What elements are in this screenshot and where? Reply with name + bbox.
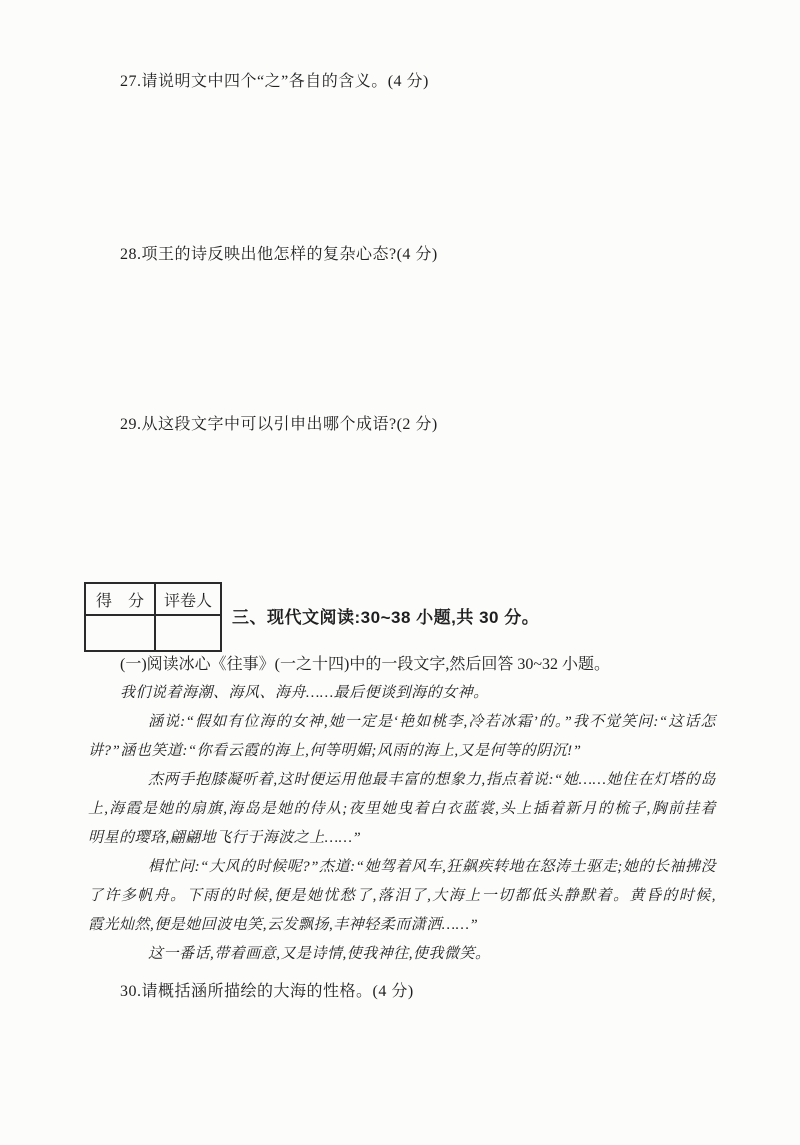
reading-intro: (一)阅读冰心《往事》(一之十四)中的一段文字,然后回答 30~32 小题。	[88, 650, 716, 679]
question-29: 29.从这段文字中可以引申出哪个成语?(2 分)	[120, 413, 438, 437]
passage-line: 杰两手抱膝凝听着,这时便运用他最丰富的想象力,指点着说:“她……她住在灯塔的岛	[88, 766, 716, 795]
passage-line: 楫忙问:“大风的时候呢?”杰道:“她驾着风车,狂飙疾转地在怒涛土驱走;她的长袖拂…	[88, 853, 716, 882]
score-value-cell	[86, 616, 156, 650]
exam-paper-page: 27.请说明文中四个“之”各自的含义。(4 分) 28.项王的诗反映出他怎样的复…	[0, 0, 800, 1145]
reading-section: (一)阅读冰心《往事》(一之十四)中的一段文字,然后回答 30~32 小题。 我…	[88, 650, 716, 1006]
passage-line: 这一番话,带着画意,又是诗情,使我神往,使我微笑。	[88, 940, 716, 969]
question-28: 28.项王的诗反映出他怎样的复杂心态?(4 分)	[120, 243, 438, 267]
grader-label-cell: 评卷人	[156, 584, 220, 616]
question-30: 30.请概括涵所描绘的大海的性格。(4 分)	[88, 977, 716, 1006]
score-label-cell: 得 分	[86, 584, 156, 616]
passage-line: 上,海霞是她的扇旗,海岛是她的侍从;夜里她曳着白衣蓝裳,头上插着新月的梳子,胸前…	[88, 795, 716, 824]
passage-line: 涵说:“假如有位海的女神,她一定是‘艳如桃李,冷若冰霜’的。”我不觉笑问:“这话…	[88, 708, 716, 737]
passage-line: 了许多帆舟。下雨的时候,便是她忧愁了,落泪了,大海上一切都低头静默着。黄昏的时候…	[88, 882, 716, 911]
question-27: 27.请说明文中四个“之”各自的含义。(4 分)	[120, 70, 429, 94]
passage-line: 我们说着海潮、海风、海舟……最后便谈到海的女神。	[88, 679, 716, 708]
score-table: 得 分 评卷人	[84, 582, 222, 652]
section-heading-modern-reading: 三、现代文阅读:30~38 小题,共 30 分。	[232, 606, 539, 630]
passage-line: 讲?”涵也笑道:“你看云霞的海上,何等明媚;风雨的海上,又是何等的阴沉!”	[88, 737, 716, 766]
passage-line: 霞光灿然,便是她回波电笑,云发飘扬,丰神轻柔而潇洒……”	[88, 911, 716, 940]
passage-line: 明星的璎珞,翩翩地飞行于海波之上……”	[88, 824, 716, 853]
grader-value-cell	[156, 616, 220, 650]
